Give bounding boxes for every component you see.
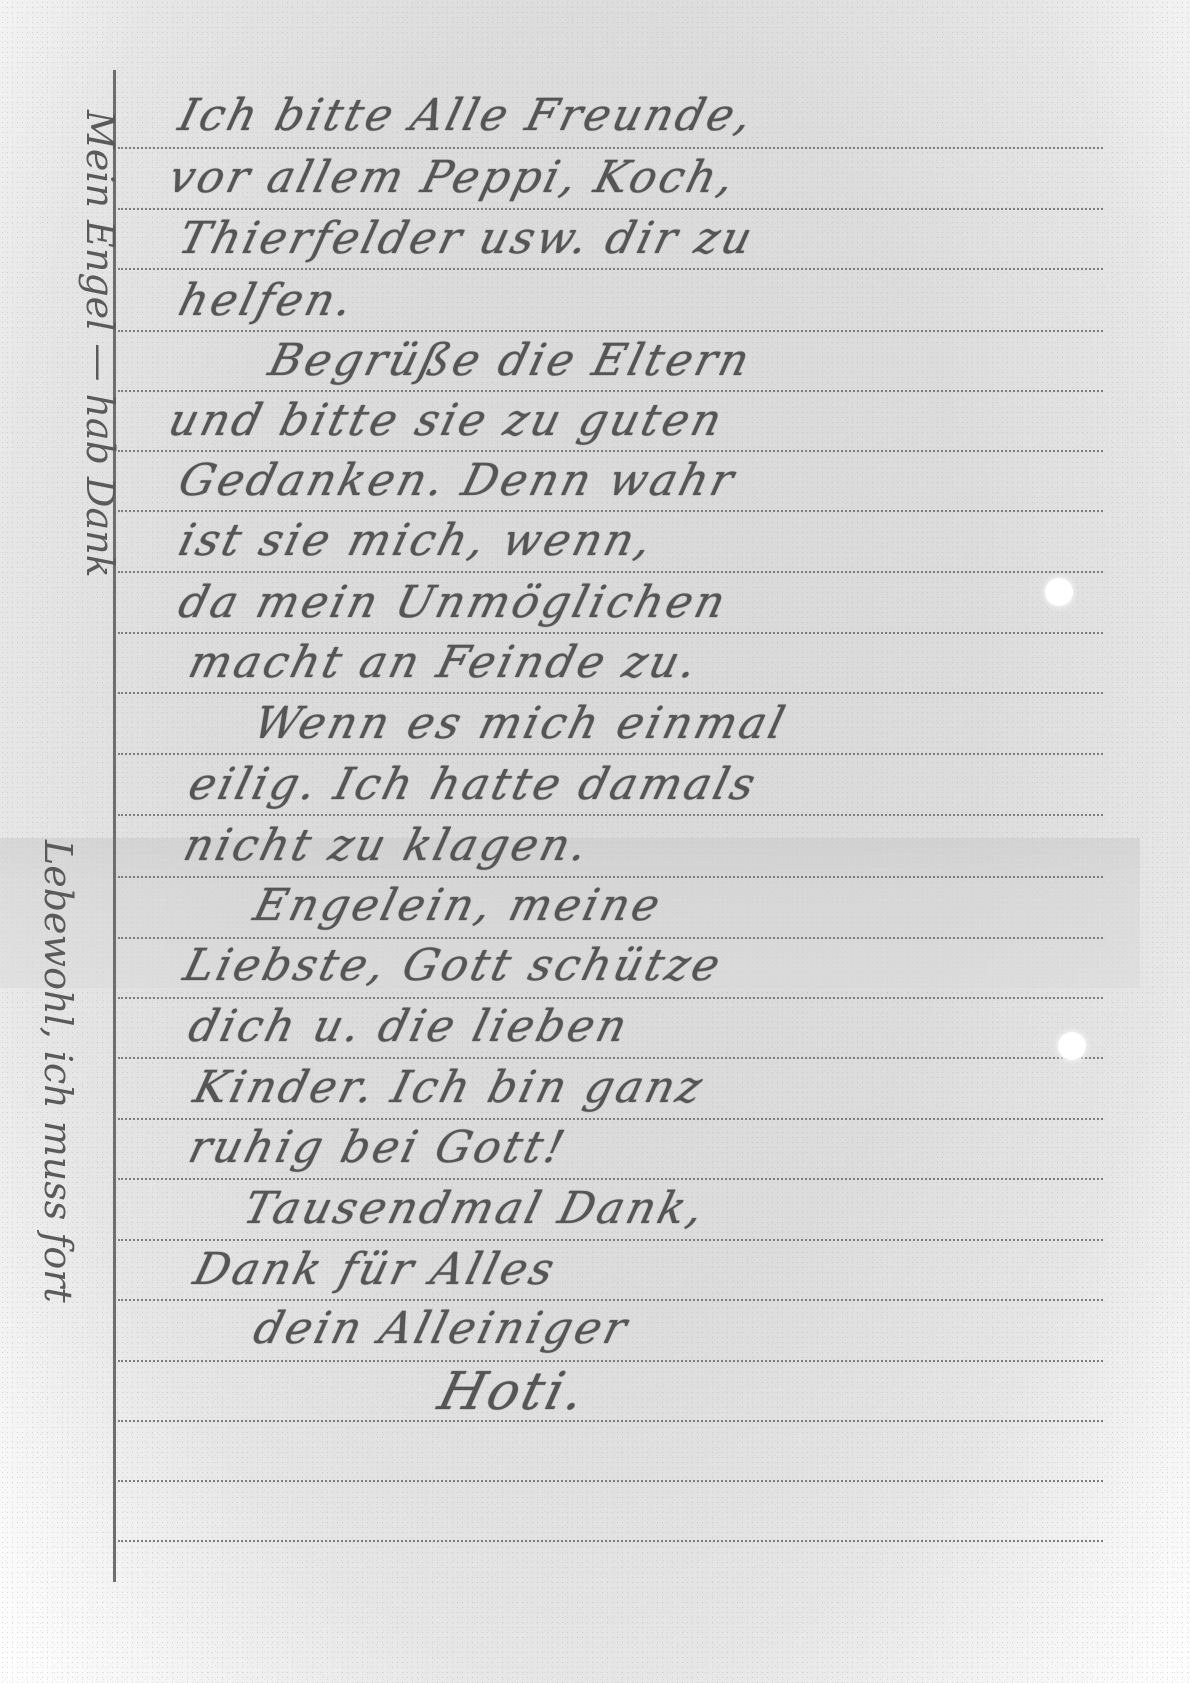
ruled-line: [118, 390, 1103, 392]
letter-line: und bitte sie zu guten: [164, 395, 730, 446]
margin-note-upper: Mein Engel — hab Dank: [78, 110, 122, 578]
letter-line: dein Alleiniger: [249, 1303, 635, 1354]
ruled-line: [118, 268, 1103, 270]
letter-line: macht an Feinde zu.: [184, 637, 705, 688]
letter-line: Kinder. Ich bin ganz: [189, 1062, 710, 1113]
ruled-line: [118, 571, 1103, 573]
ruled-line: [118, 1540, 1103, 1542]
letter-line: dich u. die lieben: [184, 1001, 635, 1052]
ruled-line: [118, 330, 1103, 332]
ruled-line: [118, 632, 1103, 634]
punch-hole: [1058, 1032, 1086, 1060]
ruled-line: [118, 1299, 1103, 1301]
ruled-line: [118, 510, 1103, 512]
letter-line: Engelein, meine: [249, 880, 668, 931]
ruled-line: [118, 1420, 1103, 1422]
letter-page: Ich bitte Alle Freunde, vor allem Peppi,…: [0, 0, 1190, 1683]
ruled-line: [118, 753, 1103, 755]
letter-line: ist sie mich, wenn,: [174, 515, 660, 566]
letter-line: Gedanken. Denn wahr: [174, 455, 742, 506]
margin-note-lower: Lebewohl, ich muss fort: [36, 840, 80, 1303]
ruled-line: [118, 1480, 1103, 1482]
letter-line: Thierfelder usw. dir zu: [174, 213, 760, 264]
ruled-line: [118, 1118, 1103, 1120]
ruled-line: [118, 147, 1103, 149]
letter-line: nicht zu klagen.: [179, 820, 596, 871]
signature: Hoti.: [433, 1362, 594, 1422]
ruled-line: [118, 1360, 1103, 1362]
letter-line: Begrüße die Eltern: [264, 335, 758, 386]
ruled-line: [118, 692, 1103, 694]
ruled-line: [118, 876, 1103, 878]
ruled-line: [118, 1057, 1103, 1059]
letter-line: ruhig bei Gott!: [184, 1122, 573, 1173]
letter-line: helfen.: [174, 275, 361, 326]
ruled-line: [118, 814, 1103, 816]
ruled-line: [118, 1239, 1103, 1241]
ruled-line: [118, 1178, 1103, 1180]
letter-line: Tausendmal Dank,: [239, 1183, 712, 1234]
letter-line: Wenn es mich einmal: [249, 698, 793, 749]
letter-line: Ich bitte Alle Freunde,: [174, 90, 760, 141]
letter-line: da mein Unmöglichen: [174, 577, 734, 628]
ruled-line: [118, 997, 1103, 999]
ruled-line: [118, 450, 1103, 452]
letter-line: vor allem Peppi, Koch,: [164, 152, 742, 203]
letter-line: Dank für Alles: [189, 1244, 562, 1295]
letter-line: Liebste, Gott schütze: [179, 940, 728, 991]
ruled-line: [118, 208, 1103, 210]
punch-hole: [1045, 578, 1073, 606]
letter-line: eilig. Ich hatte damals: [184, 759, 763, 810]
ruled-line: [118, 937, 1103, 939]
